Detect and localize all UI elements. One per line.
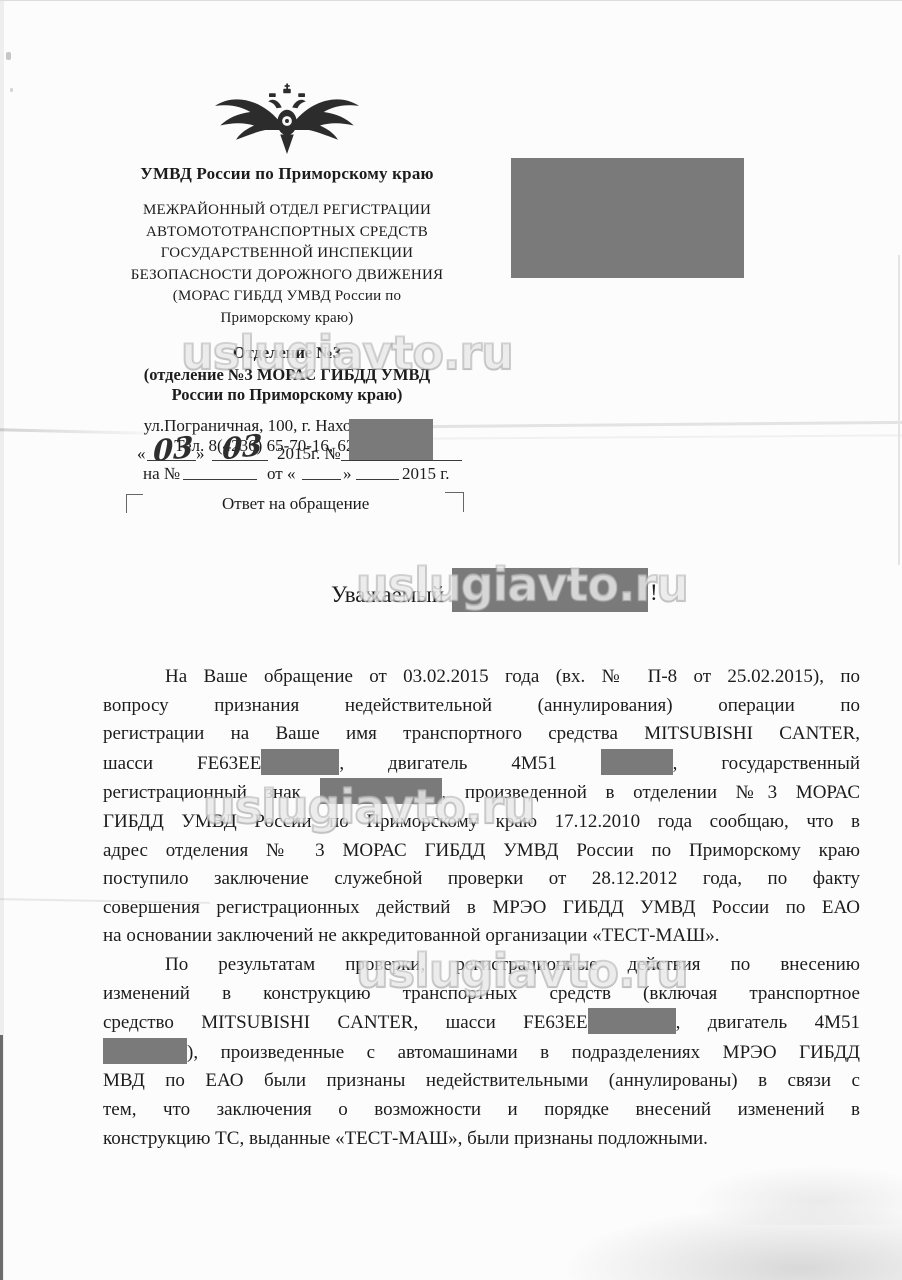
body-line: ), произведенные с автомашинами в подраз… (103, 1038, 860, 1068)
body-line: На Ваше обращение от 03.02.2015 года (вх… (103, 663, 860, 692)
ref-close-quote: » (343, 464, 352, 484)
date-quote-open: « (137, 444, 146, 464)
scan-edge (0, 0, 4, 1280)
department-line: (МОРАС ГИБДД УМВД России по (103, 286, 471, 308)
body-line: регистрации на Ваше имя транспортного ср… (103, 720, 860, 749)
date-month-underline (212, 444, 268, 461)
scan-speck (10, 88, 13, 92)
letterhead: УМВД России по Приморскому краю МЕЖРАЙОН… (103, 82, 471, 456)
redaction-box-plate-number (320, 778, 442, 804)
body-text: ), произведенные с автомашинами в подраз… (187, 1042, 860, 1063)
letter-body: На Ваше обращение от 03.02.2015 года (вх… (103, 663, 860, 1153)
body-text: шасси FE63EE (103, 753, 261, 774)
body-line: По результатам проверки, регистрационные… (103, 951, 860, 980)
department-line: МЕЖРАЙОННЫЙ ОТДЕЛ РЕГИСТРАЦИИ (103, 200, 471, 222)
ref-day-underline (302, 464, 341, 480)
body-text: средство MITSUBISHI CANTER, шасси FE63EE (103, 1012, 588, 1033)
scan-speck (6, 52, 11, 60)
body-line: регистрационный знак , произведенной в о… (103, 778, 860, 808)
body-line: изменений в конструкцию транспортных сре… (103, 980, 860, 1009)
department-name: МЕЖРАЙОННЫЙ ОТДЕЛ РЕГИСТРАЦИИ АВТОМОТОТР… (103, 200, 471, 329)
body-text: регистрационный знак (103, 782, 320, 803)
department-line: ГОСУДАРСТВЕННОЙ ИНСПЕКЦИИ (103, 243, 471, 265)
branch-line: России по Приморскому краю) (103, 385, 471, 405)
salutation-text: Уважаемый (331, 582, 444, 608)
scanned-letter-page: УМВД России по Приморскому краю МЕЖРАЙОН… (0, 0, 902, 1280)
body-text: , произведенной в отделении №3 МОРАС (442, 782, 860, 803)
redaction-box-addressee-name (452, 568, 648, 612)
paper-crease (430, 434, 902, 439)
ref-number-underline (183, 464, 257, 480)
date-year-number-label: 2015г. № (277, 444, 341, 464)
paper-crease (428, 421, 902, 428)
ref-prefix: на № (143, 464, 180, 484)
salutation-punctuation: ! (650, 580, 658, 606)
department-line: АВТОМОТОТРАНСПОРТНЫХ СРЕДСТВ (103, 222, 471, 244)
body-line: на основании заключений не аккредитованн… (103, 922, 860, 951)
corner-mark-left (126, 494, 143, 513)
redaction-box-chassis-number (261, 749, 339, 775)
scan-edge (0, 0, 902, 1)
redaction-box-engine-number (601, 749, 673, 775)
paper-shadow (560, 1205, 902, 1280)
redaction-box-outgoing-number (349, 419, 433, 460)
body-line: средство MITSUBISHI CANTER, шасси FE63EE… (103, 1008, 860, 1038)
branch-line: (отделение №3 МОРАС ГИБДД УМВД (103, 365, 471, 385)
department-line: БЕЗОПАСНОСТИ ДОРОЖНОГО ДВИЖЕНИЯ (103, 265, 471, 287)
body-line: вопросу признания недействительной (анну… (103, 692, 860, 721)
body-line: адрес отделения № 3 МОРАС ГИБДД УМВД Рос… (103, 837, 860, 866)
double-headed-eagle-emblem-icon (103, 82, 471, 162)
ref-from: от « (267, 464, 295, 484)
org-name: УМВД России по Приморскому краю (103, 164, 471, 184)
body-text: , двигатель 4М51 (676, 1012, 860, 1033)
redaction-box-recipient (511, 158, 744, 278)
body-line: ГИБДД УМВД России по Приморскому краю 17… (103, 808, 860, 837)
body-line: совершения регистрационных действий в МР… (103, 894, 860, 923)
corner-mark-right (445, 492, 464, 512)
ref-year: 2015 г. (402, 464, 450, 484)
body-text: , государственный (673, 753, 860, 774)
branch-line: Отделение №3 (103, 343, 471, 363)
scan-edge (0, 1035, 3, 1280)
body-line: поступило заключение служебной проверки … (103, 865, 860, 894)
redaction-box-engine-number (103, 1038, 187, 1064)
body-line: шасси FE63EE, двигатель 4М51 , государст… (103, 749, 860, 779)
date-quote-close: » (196, 444, 205, 464)
body-line: конструкцию ТС, выданные «ТЕСТ-МАШ», был… (103, 1125, 860, 1154)
body-line: МВД по ЕАО были признаны недействительны… (103, 1067, 860, 1096)
date-day-underline (147, 444, 196, 461)
ref-month-underline (356, 464, 399, 480)
branch-name: Отделение №3 (отделение №3 МОРАС ГИБДД У… (103, 343, 471, 405)
redaction-box-chassis-number (588, 1008, 676, 1034)
reference-title: Ответ на обращение (222, 494, 369, 514)
body-line: тем, что заключения о возможности и поря… (103, 1096, 860, 1125)
body-text: , двигатель 4М51 (339, 753, 600, 774)
paper-shadow (690, 1165, 902, 1225)
scan-edge (898, 255, 900, 565)
department-line: Приморскому краю) (103, 308, 471, 330)
